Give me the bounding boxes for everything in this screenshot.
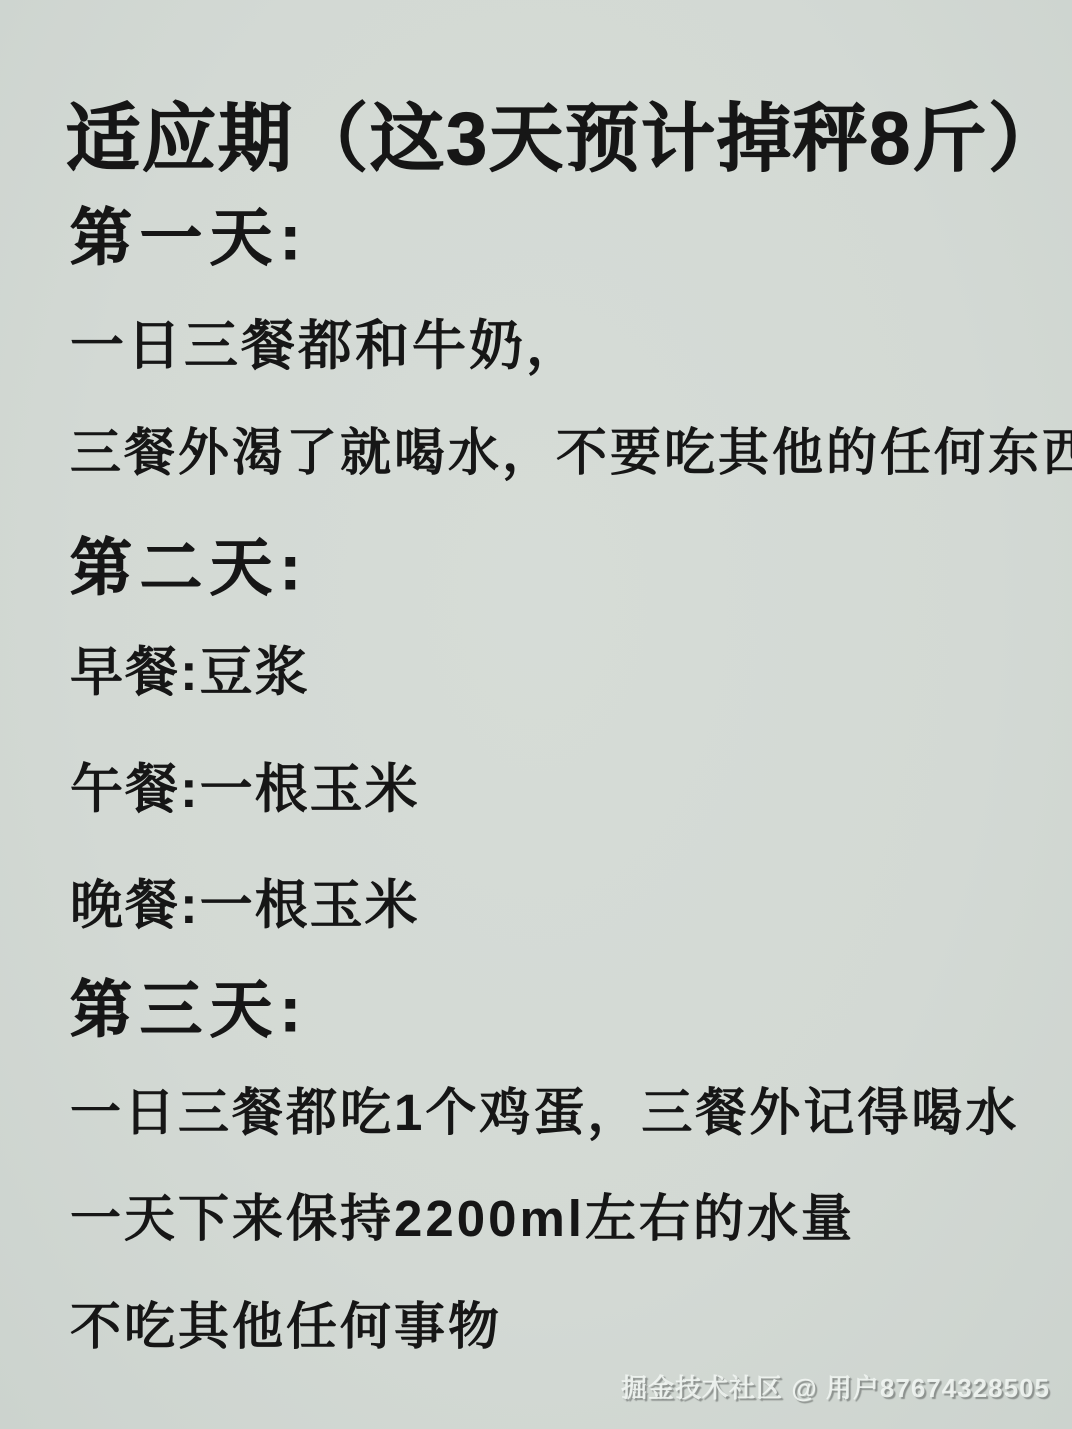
day2-heading: 第二天:	[70, 536, 309, 601]
page-title: 适应期（这3天预计掉秤8斤）	[66, 100, 1064, 178]
day2-lunch-line: 午餐:一根玉米	[70, 762, 420, 818]
day1-heading: 第一天:	[70, 206, 309, 271]
day3-line-2: 一天下来保持2200ml左右的水量	[70, 1192, 855, 1246]
day3-line-3: 不吃其他任何事物	[70, 1300, 502, 1354]
day1-line-2: 三餐外渴了就喝水，不要吃其他的任何东西	[70, 426, 1072, 480]
diet-plan-page: 适应期（这3天预计掉秤8斤） 第一天: 一日三餐都和牛奶， 三餐外渴了就喝水，不…	[0, 0, 1072, 1429]
day3-heading: 第三天:	[70, 978, 309, 1043]
day3-line-1: 一日三餐都吃1个鸡蛋，三餐外记得喝水	[70, 1086, 1019, 1140]
day1-line-1: 一日三餐都和牛奶，	[70, 318, 583, 375]
day2-breakfast-line: 早餐:豆浆	[70, 645, 310, 701]
day2-dinner-line: 晚餐:一根玉米	[70, 878, 420, 934]
watermark: 掘金技术社区 @ 用户87674328505	[621, 1368, 1050, 1405]
